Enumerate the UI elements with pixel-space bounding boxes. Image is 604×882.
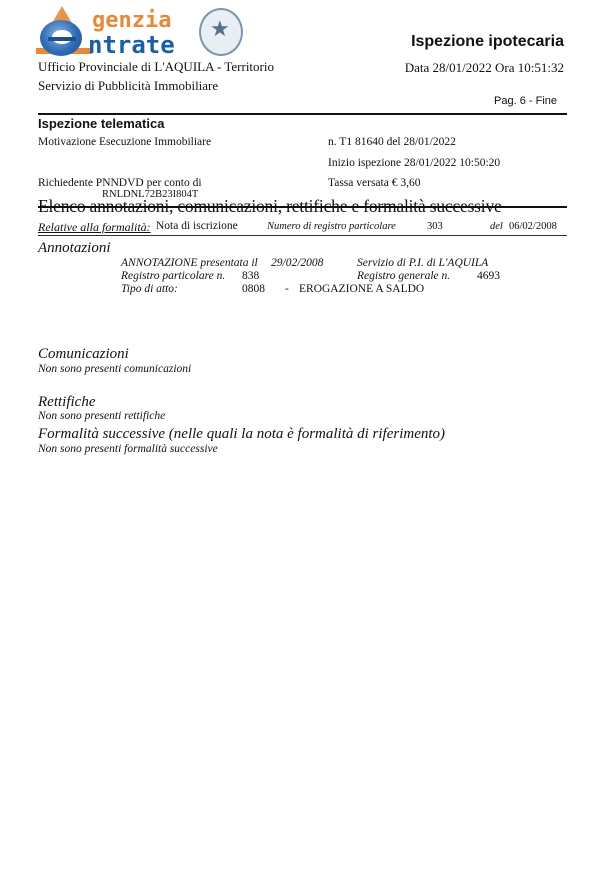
fee-paid: Tassa versata € 3,60 — [328, 177, 420, 189]
republic-emblem-icon: ★ — [199, 8, 243, 56]
annotation-type: ANNOTAZIONE presentata il — [121, 257, 258, 269]
comunicazioni-heading: Comunicazioni — [38, 346, 129, 363]
logo-word-ntrate: ntrate — [88, 31, 175, 59]
header-divider — [38, 113, 567, 115]
service-name: Servizio di Pubblicità Immobiliare — [38, 78, 218, 94]
annotazioni-heading: Annotazioni — [38, 240, 111, 257]
agenzia-entrate-logo: genzia ntrate ★ — [36, 6, 246, 60]
formalita-text: Non sono presenti formalità successive — [38, 443, 218, 455]
list-title-rule — [38, 206, 567, 208]
relative-value: Nota di iscrizione — [156, 220, 238, 232]
reg-part-label: Registro particolare n. — [121, 270, 225, 282]
annotation-date: 29/02/2008 — [271, 257, 323, 269]
logo-word-genzia: genzia — [92, 8, 171, 33]
inspection-start: Inizio ispezione 28/01/2022 10:50:20 — [328, 157, 500, 169]
section-title-ispezione: Ispezione telematica — [38, 116, 164, 131]
registro-label: Numero di registro particolare — [267, 221, 396, 232]
reg-part-value: 838 — [242, 270, 259, 282]
atto-separator: - — [285, 283, 289, 295]
comunicazioni-text: Non sono presenti comunicazioni — [38, 363, 191, 375]
relative-label: Relative alla formalità: — [38, 220, 151, 235]
reg-gen-label: Registro generale n. — [357, 270, 450, 282]
registro-value: 303 — [427, 221, 443, 232]
motivation: Motivazione Esecuzione Immobiliare — [38, 136, 211, 148]
page-number: Pag. 6 - Fine — [494, 95, 557, 107]
document-title: Ispezione ipotecaria — [411, 33, 564, 51]
formalita-heading: Formalità successive (nelle quali la not… — [38, 426, 445, 443]
atto-code: 0808 — [242, 283, 265, 295]
atto-label: Tipo di atto: — [121, 283, 178, 295]
inspection-number: n. T1 81640 del 28/01/2022 — [328, 136, 456, 148]
relative-row-rule — [38, 235, 567, 236]
annotation-service: Servizio di P.I. di L'AQUILA — [357, 257, 488, 269]
document-datetime: Data 28/01/2022 Ora 10:51:32 — [405, 60, 564, 76]
atto-description: EROGAZIONE A SALDO — [299, 283, 424, 295]
date-label: del — [490, 221, 503, 232]
logo-e-icon — [40, 20, 82, 56]
date-value: 06/02/2008 — [509, 221, 557, 232]
rettifiche-heading: Rettifiche — [38, 394, 95, 411]
requester: Richiedente PNNDVD per conto di — [38, 177, 202, 189]
rettifiche-text: Non sono presenti rettifiche — [38, 410, 165, 422]
reg-gen-value: 4693 — [477, 270, 500, 282]
office-name: Ufficio Provinciale di L'AQUILA - Territ… — [38, 59, 274, 75]
